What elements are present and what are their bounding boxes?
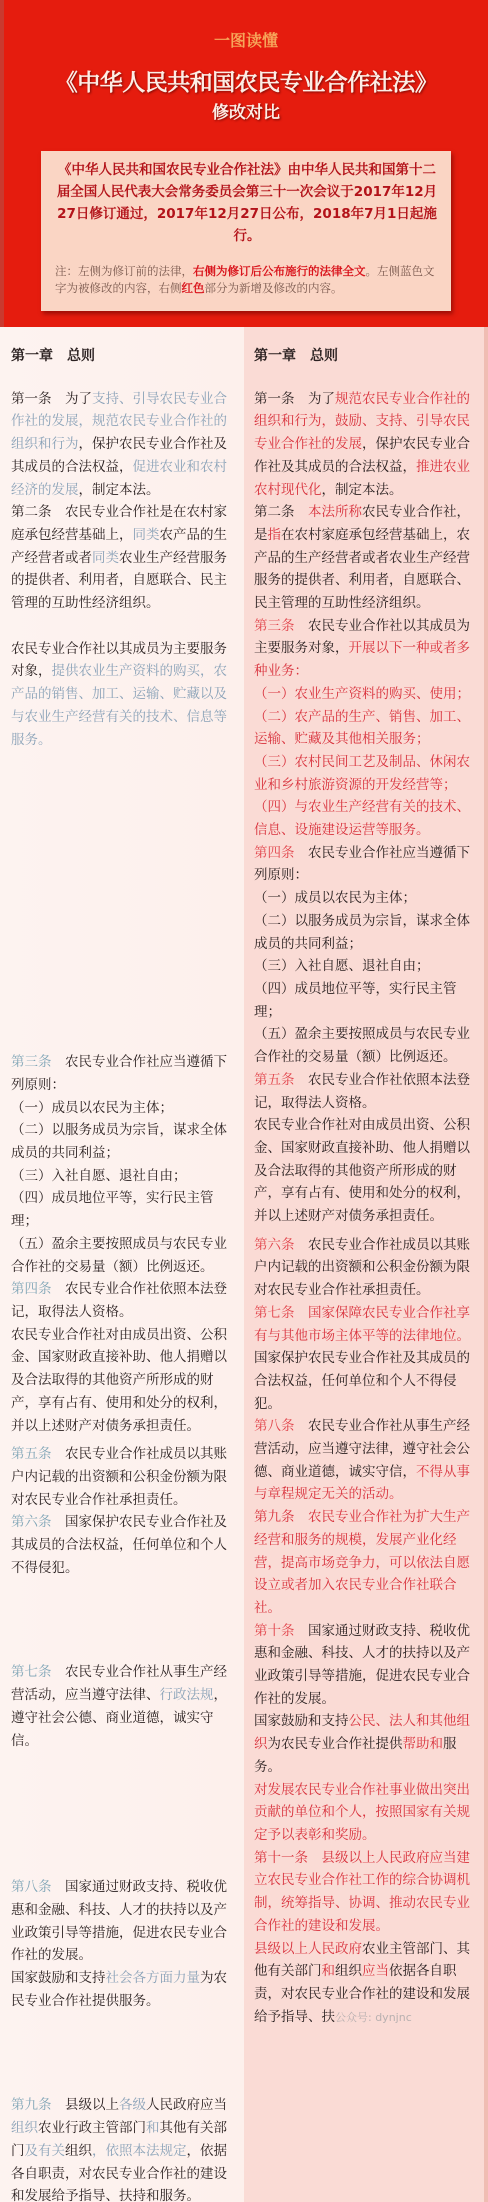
article-number: 第五条 (254, 1072, 295, 1088)
text: 国家鼓励和支持 (11, 1970, 106, 1986)
list-item: （三）入社自愿、退社自由； (254, 955, 476, 978)
text: 国家鼓励和支持 (254, 1713, 349, 1729)
article-4: 第四条 农民专业合作社依照本法登记，取得法人资格。 (11, 1278, 236, 1323)
list-item: （二）以服务成员为宗旨，谋求全体成员的共同利益； (11, 1119, 236, 1164)
article-1: 第一条 为了支持、引导农民专业合作社的发展，规范农民专业合作社的组织和行为，保护… (11, 388, 236, 502)
article-1: 第一条 为了规范农民专业合作社的组织和行为，鼓励、支持、引导农民专业合作社的发展… (254, 388, 476, 502)
article-3: 第三条 农民专业合作社以其成员为主要服务对象，开展以下一种或者多种业务： (254, 615, 476, 683)
added-text: 县级以上人民政府 (254, 1941, 362, 1957)
article-number: 第六条 (11, 1514, 52, 1530)
watermark: 公众号: dynjnc (335, 2011, 412, 2024)
list-item: （三）入社自愿、退社自由； (11, 1165, 236, 1188)
article-7: 第七条 国家保障农民专业合作社享有与其他市场主体平等的法律地位。 (254, 1302, 476, 1347)
changed-text: ，依照本法规定 (92, 2143, 187, 2159)
list-item: （四）成员地位平等，实行民主管理； (254, 978, 476, 1023)
list-item: （一）农业生产资料的购买、使用； (254, 683, 476, 706)
list-item: （一）成员以农民为主体； (11, 1097, 236, 1120)
changed-text: 同类 (92, 550, 119, 566)
changed-text: 组织 (11, 2120, 38, 2136)
header-banner: 一图读懂 《中华人民共和国农民专业合作社法》 修改对比 《中华人民共和国农民专业… (0, 0, 488, 327)
article-6: 第六条 国家保护农民专业合作社及其成员的合法权益，任何单位和个人不得侵犯。 (11, 1511, 236, 1579)
article-number: 第七条 (11, 1664, 52, 1680)
article-8: 第八条 国家通过财政支持、税收优惠和金融、科技、人才的扶持以及产业政策引导等措施… (11, 1876, 236, 1967)
article-11-para-2: 县级以上人民政府农业主管部门、其他有关部门和组织应当依据各自职责，对农民专业合作… (254, 1938, 476, 2030)
added-text: 指 (268, 527, 282, 543)
article-number: 第四条 (254, 845, 295, 861)
text: 人民政府应当 (146, 2097, 227, 2113)
added-text: 帮助和 (403, 1736, 444, 1752)
article-number: 第十条 (254, 1623, 295, 1639)
paragraph: 农民专业合作社对由成员出资、公积金、国家财政直接补助、他人捐赠以及合法取得的其他… (254, 1114, 476, 1228)
article-3: 第三条 农民专业合作社应当遵循下列原则： (11, 1051, 236, 1096)
note-emphasis-red: 红色 (182, 281, 205, 295)
note-text: 注：左侧为修订前的法律，右侧为修订后公布施行的法律全文。左侧蓝色文字为被修改的内… (55, 263, 439, 297)
text: 第一条 为了 (11, 391, 92, 407)
chapter-heading: 第一章 总则 (254, 345, 476, 368)
page-title: 《中华人民共和国农民专业合作社法》 (4, 64, 488, 97)
changed-text: 社会各方面力量 (106, 1970, 201, 1986)
article-6: 第六条 农民专业合作社成员以其账户内记载的出资额和公积金份额为限对农民专业合作社… (254, 1234, 476, 1302)
list-item: （五）盈余主要按照成员与农民专业合作社的交易量（额）比例返还。 (11, 1233, 236, 1278)
article-number: 第三条 (11, 1054, 52, 1070)
info-box: 《中华人民共和国农民专业合作社法》由中华人民共和国第十二届全国人民代表大会常务委… (41, 151, 451, 311)
article-7: 第七条 农民专业合作社从事生产经营活动，应当遵守法律、行政法规，遵守社会公德、商… (11, 1661, 236, 1752)
note-prefix: 注：左侧为修订前的法律， (55, 264, 193, 278)
article-4: 第四条 农民专业合作社应当遵循下列原则： (254, 842, 476, 887)
article-8: 第八条 农民专业合作社从事生产经营活动，应当遵守法律，遵守社会公德、商业道德，诚… (254, 1415, 476, 1506)
added-text: 和 (322, 1963, 336, 1979)
chapter-heading: 第一章 总则 (11, 345, 236, 368)
article-number: 第九条 (11, 2097, 52, 2113)
article-number: 第七条 (254, 1305, 295, 1321)
paragraph: 国家保护农民专业合作社及其成员的合法权益，任何单位和个人不得侵犯。 (254, 1347, 476, 1415)
text: ，制定本法。 (79, 482, 160, 498)
added-paragraph: 对发展农民专业合作社事业做出突出贡献的单位和个人，按照国家有关规定予以表彰和奖励… (254, 1779, 476, 1847)
article-5: 第五条 农民专业合作社依照本法登记，取得法人资格。 (254, 1069, 476, 1114)
text: ，制定本法。 (322, 482, 403, 498)
article-number: 第三条 (254, 618, 295, 634)
text: 组织 (335, 1963, 362, 1979)
text: 农业行政主管部门 (38, 2120, 146, 2136)
article-11: 第十一条 县级以上人民政府应当建立农民专业合作社工作的综合协调机制，统筹指导、协… (254, 1847, 476, 1938)
changed-text: 行政法规 (160, 1687, 214, 1703)
article-2-para-2: 农民专业合作社以其成员为主要服务对象，提供农业生产资料的购买，农产品的销售、加工… (11, 638, 236, 752)
note-suffix: 部分为新增及修改的内容。 (205, 281, 343, 295)
article-9: 第九条 县级以上各级人民政府应当组织农业行政主管部门和其他有关部门及有关组织，依… (11, 2094, 236, 2202)
list-item: （五）盈余主要按照成员与农民专业合作社的交易量（额）比例返还。 (254, 1023, 476, 1068)
changed-text: 同类 (133, 527, 160, 543)
article-10: 第十条 国家通过财政支持、税收优惠和金融、科技、人才的扶持以及产业政策引导等措施… (254, 1620, 476, 1711)
article-10-para-2: 国家鼓励和支持公民、法人和其他组织为农民专业合作社提供帮助和服务。 (254, 1710, 476, 1778)
column-before: 第一章 总则 第一条 为了支持、引导农民专业合作社的发展，规范农民专业合作社的组… (0, 327, 244, 2202)
list-item: （三）农村民间工艺及制品、休闲农业和乡村旅游资源的开发经营等； (254, 751, 476, 796)
column-after: 第一章 总则 第一条 为了规范农民专业合作社的组织和行为，鼓励、支持、引导农民专… (244, 327, 488, 2202)
article-number: 第五条 (11, 1446, 52, 1462)
text: 第一条 为了 (254, 391, 335, 407)
list-item: （二）以服务成员为宗旨，谋求全体成员的共同利益； (254, 910, 476, 955)
article-number: 第八条 (11, 1879, 52, 1895)
text: 第二条 (254, 504, 308, 520)
added-text: 应当 (362, 1963, 389, 1979)
article-number: 第八条 (254, 1418, 295, 1434)
article-number: 第六条 (254, 1237, 295, 1253)
list-item: （一）成员以农民为主体； (254, 887, 476, 910)
text: 组织 (65, 2143, 92, 2159)
changed-text: 和 (146, 2120, 160, 2136)
list-item: （四）成员地位平等，实行民主管理； (11, 1187, 236, 1232)
changed-text: 及有关 (25, 2143, 66, 2159)
paragraph: 农民专业合作社对由成员出资、公积金、国家财政直接补助、他人捐赠以及合法取得的其他… (11, 1324, 236, 1438)
list-item: （二）农产品的生产、销售、加工、运输、贮藏及其他相关服务； (254, 706, 476, 751)
article-number: 第四条 (11, 1281, 52, 1297)
intro-text: 《中华人民共和国农民专业合作社法》由中华人民共和国第十二届全国人民代表大会常务委… (55, 159, 439, 247)
kicker: 一图读懂 (4, 28, 488, 51)
article-9: 第九条 农民专业合作社为扩大生产经营和服务的规模，发展产业化经营，提高市场竞争力… (254, 1506, 476, 1620)
article-2: 第二条 本法所称农民专业合作社，是指在农村家庭承包经营基础上，农产品的生产经营者… (254, 501, 476, 615)
text: 在农村家庭承包经营基础上，农产品的生产经营者或者农业生产经营服务的提供者、利用者… (254, 527, 470, 611)
added-text: 本法所称 (308, 504, 362, 520)
article-8-para-2: 国家鼓励和支持社会各方面力量为农民专业合作社提供服务。 (11, 1967, 236, 2012)
article-5: 第五条 农民专业合作社成员以其账户内记载的出资额和公积金份额为限对农民专业合作社… (11, 1443, 236, 1511)
note-emphasis: 右侧为修订后公布施行的法律全文 (193, 264, 366, 278)
comparison-columns: 第一章 总则 第一条 为了支持、引导农民专业合作社的发展，规范农民专业合作社的组… (0, 327, 488, 2202)
list-item: （四）与农业生产经营有关的技术、信息、设施建设运营等服务。 (254, 796, 476, 841)
page-subtitle: 修改对比 (4, 98, 488, 123)
changed-text: 各级 (119, 2097, 146, 2113)
text: 县级以上 (52, 2097, 120, 2113)
text: 为农民专业合作社提供 (268, 1736, 403, 1752)
article-2: 第二条 农民专业合作社是在农村家庭承包经营基础上，同类农产品的生产经营者或者同类… (11, 501, 236, 615)
